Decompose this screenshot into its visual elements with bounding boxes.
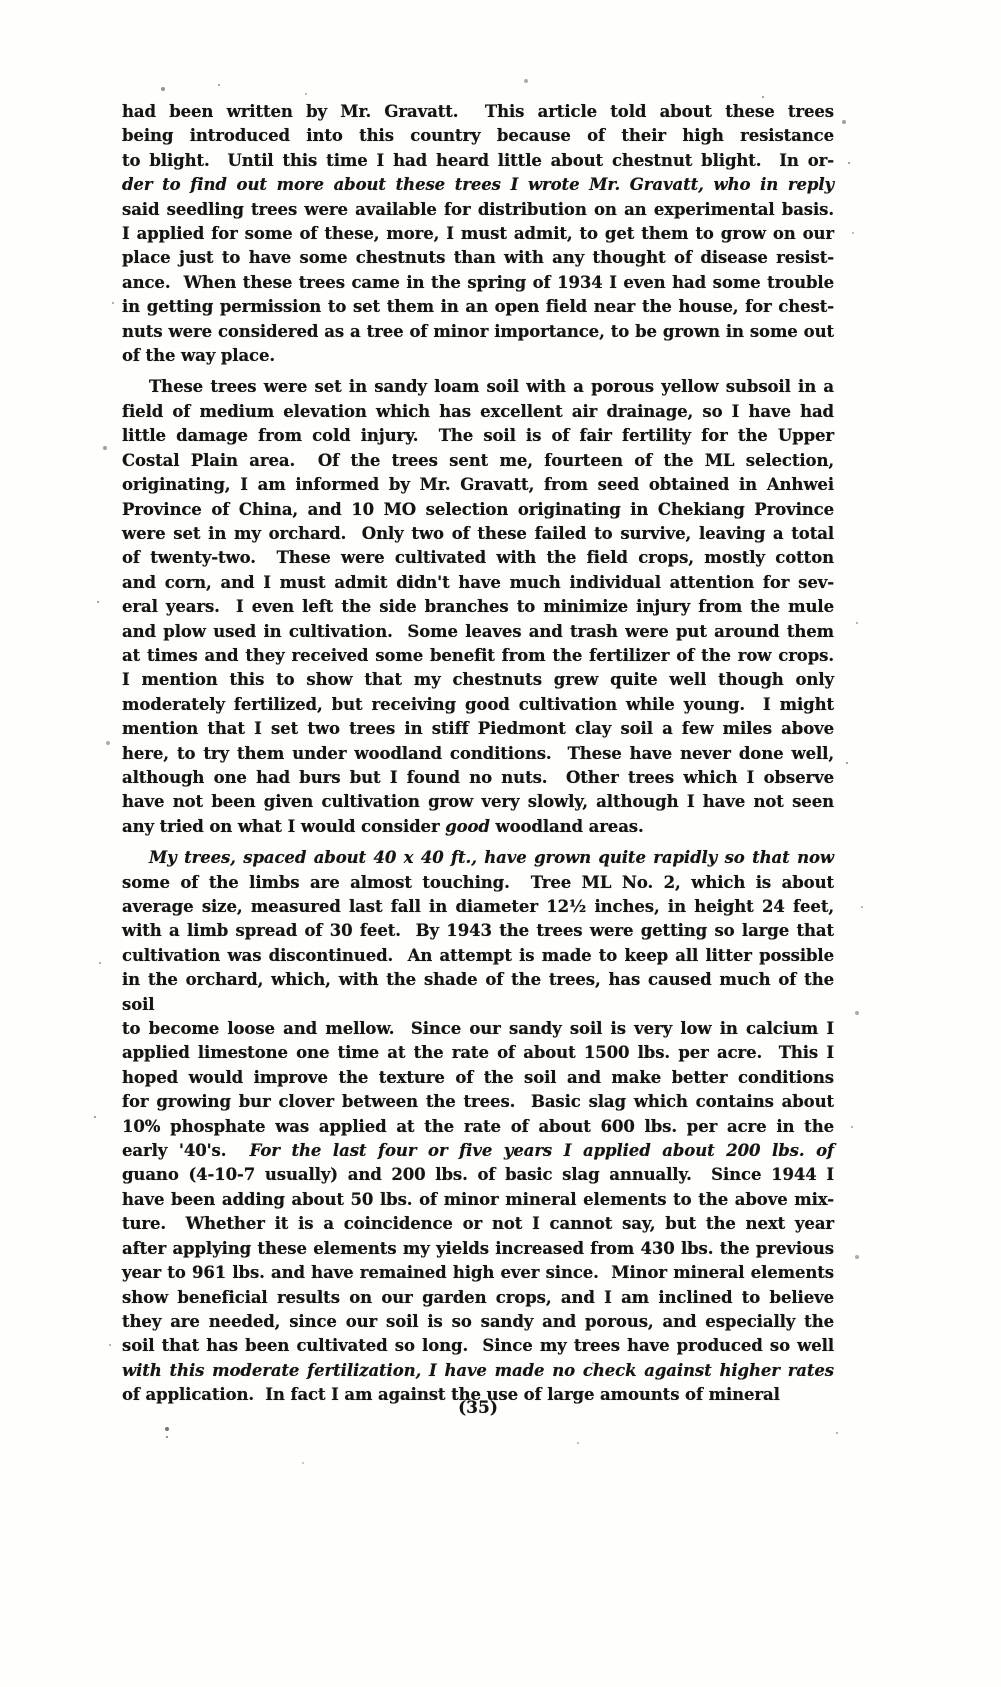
text-line: little damage from cold injury. The soil… (122, 424, 834, 448)
text-line: soil that has been cultivated so long. S… (122, 1334, 834, 1358)
page-number: (35) (122, 1398, 834, 1418)
text-line: average size, measured last fall in diam… (122, 895, 834, 919)
text-line: after applying these elements my yields … (122, 1237, 834, 1261)
text-line: were set in my orchard. Only two of thes… (122, 522, 834, 546)
text-line: Province of China, and 10 MO selection o… (122, 498, 834, 522)
text-line: 10% phosphate was applied at the rate of… (122, 1115, 834, 1139)
text-line: ture. Whether it is a coincidence or not… (122, 1212, 834, 1236)
text-line: Costal Plain area. Of the trees sent me,… (122, 449, 834, 473)
text-line: they are needed, since our soil is so sa… (122, 1310, 834, 1334)
text-line: My trees, spaced about 40 x 40 ft., have… (122, 846, 834, 870)
scanned-page: had been written by Mr. Gravatt. This ar… (0, 0, 1001, 1687)
text-line: mention that I set two trees in stiff Pi… (122, 717, 834, 741)
paragraph-3: My trees, spaced about 40 x 40 ft., have… (122, 846, 834, 1407)
text-line: any tried on what I would consider good … (122, 815, 834, 839)
text-line: for growing bur clover between the trees… (122, 1090, 834, 1114)
text-line: here, to try them under woodland conditi… (122, 742, 834, 766)
text-line: These trees were set in sandy loam soil … (122, 375, 834, 399)
scan-noise (0, 0, 2, 2)
text-line: der to find out more about these trees I… (122, 173, 834, 197)
text-line: of twenty-two. These were cultivated wit… (122, 546, 834, 570)
text-line: of the way place. (122, 344, 834, 368)
text-line: moderately fertilized, but receiving goo… (122, 693, 834, 717)
text-line: although one had burs but I found no nut… (122, 766, 834, 790)
text-line: and corn, and I must admit didn't have m… (122, 571, 834, 595)
text-line: year to 961 lbs. and have remained high … (122, 1261, 834, 1285)
text-line: had been written by Mr. Gravatt. This ar… (122, 100, 834, 124)
text-line: hoped would improve the texture of the s… (122, 1066, 834, 1090)
text-line: with this moderate fertilization, I have… (122, 1359, 834, 1383)
text-line: said seedling trees were available for d… (122, 198, 834, 222)
text-line: show beneficial results on our garden cr… (122, 1286, 834, 1310)
text-line: have been adding about 50 lbs. of minor … (122, 1188, 834, 1212)
text-line: to become loose and mellow. Since our sa… (122, 1017, 834, 1041)
text-line: being introduced into this country becau… (122, 124, 834, 148)
text-line: have not been given cultivation grow ver… (122, 790, 834, 814)
text-line: at times and they received some benefit … (122, 644, 834, 668)
text-line: place just to have some chestnuts than w… (122, 246, 834, 270)
text-line: with a limb spread of 30 feet. By 1943 t… (122, 919, 834, 943)
paragraph-2: These trees were set in sandy loam soil … (122, 375, 834, 839)
text-line: to blight. Until this time I had heard l… (122, 149, 834, 173)
text-line: and plow used in cultivation. Some leave… (122, 620, 834, 644)
text-line: guano (4-10-7 usually) and 200 lbs. of b… (122, 1163, 834, 1187)
text-line: in getting permission to set them in an … (122, 295, 834, 319)
paragraph-1: had been written by Mr. Gravatt. This ar… (122, 100, 834, 368)
text-line: early '40's. For the last four or five y… (122, 1139, 834, 1163)
text-line: nuts were considered as a tree of minor … (122, 320, 834, 344)
text-line: I applied for some of these, more, I mus… (122, 222, 834, 246)
text-line: eral years. I even left the side branche… (122, 595, 834, 619)
text-line: some of the limbs are almost touching. T… (122, 871, 834, 895)
text-line: applied limestone one time at the rate o… (122, 1041, 834, 1065)
text-line: cultivation was discontinued. An attempt… (122, 944, 834, 968)
text-line: originating, I am informed by Mr. Gravat… (122, 473, 834, 497)
text-line: in the orchard, which, with the shade of… (122, 968, 834, 1017)
text-line: ance. When these trees came in the sprin… (122, 271, 834, 295)
text-line: field of medium elevation which has exce… (122, 400, 834, 424)
text-line: I mention this to show that my chestnuts… (122, 668, 834, 692)
body-text: had been written by Mr. Gravatt. This ar… (122, 100, 834, 1408)
